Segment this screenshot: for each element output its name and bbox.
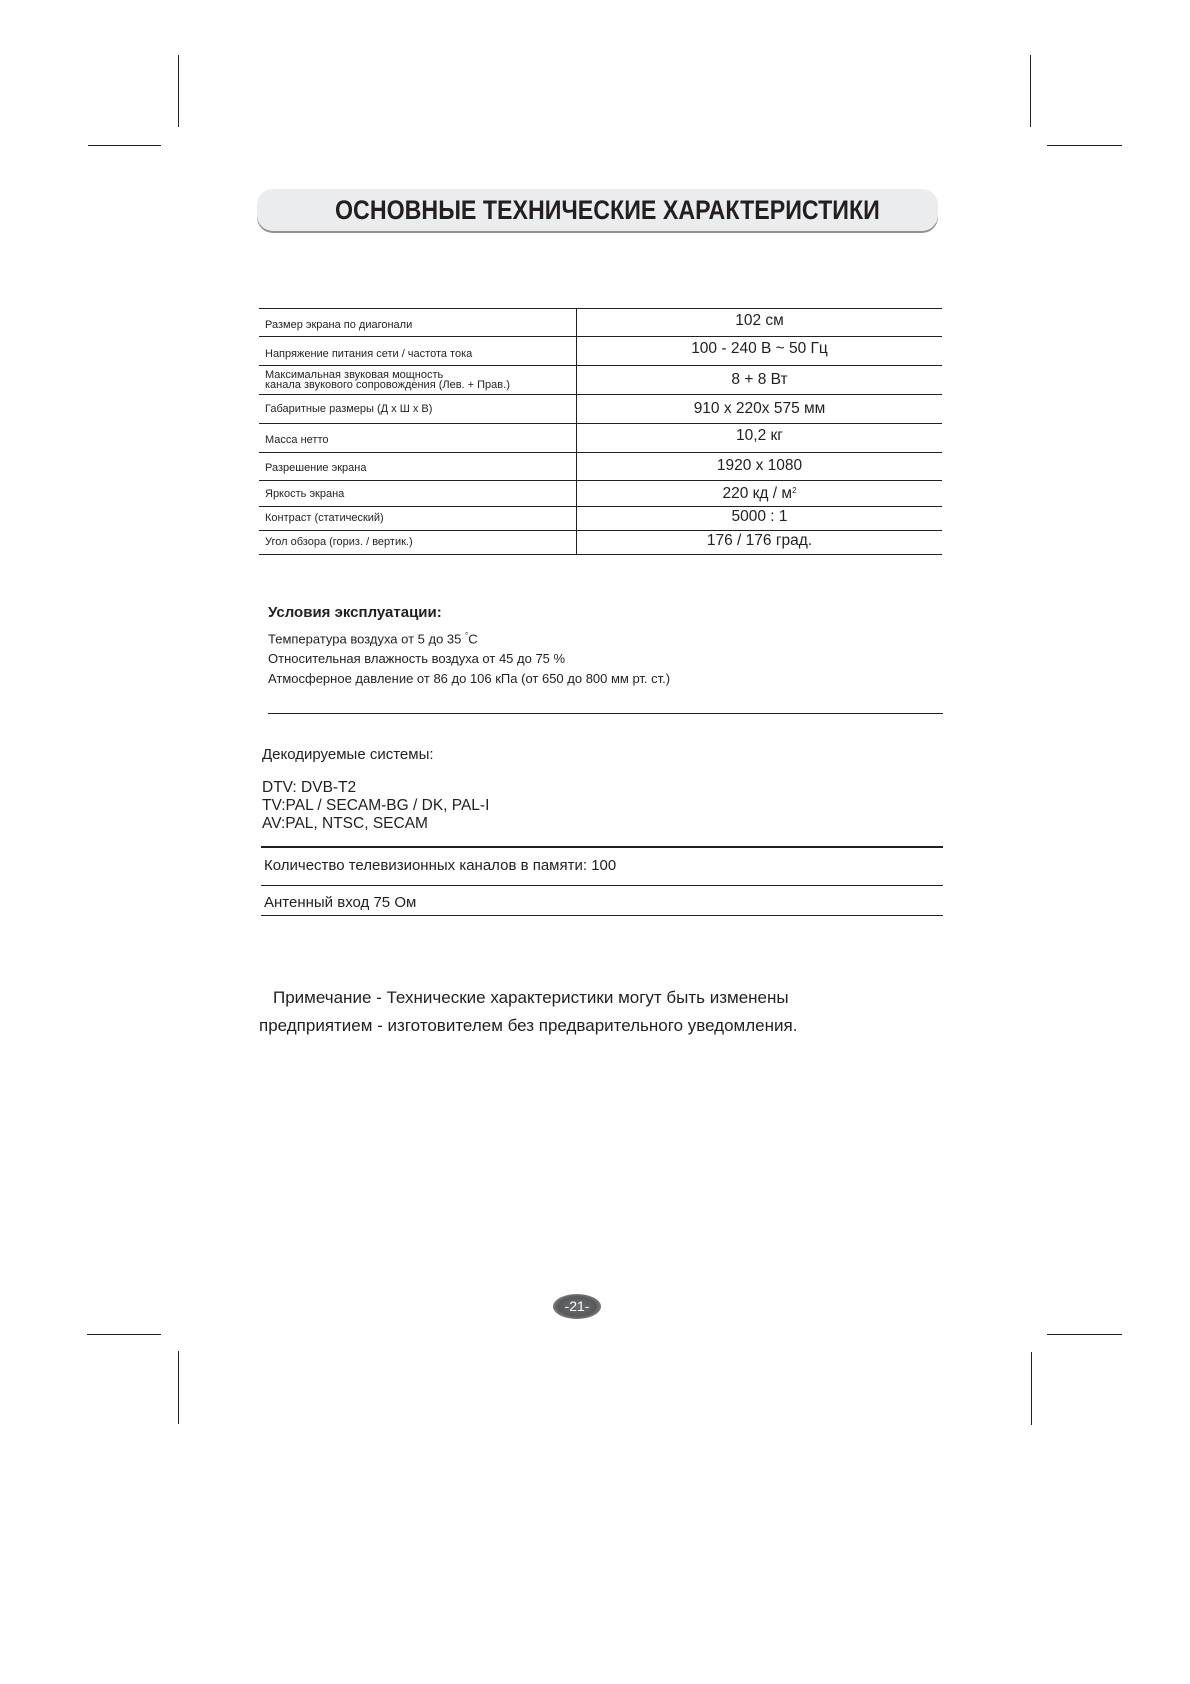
condition-humidity: Относительная влажность воздуха от 45 до… bbox=[268, 649, 670, 669]
system-item: DTV: DVB-T2 bbox=[262, 779, 489, 797]
crop-mark bbox=[178, 1351, 179, 1424]
spec-label: Угол обзора (гориз. / вертик.) bbox=[259, 531, 577, 554]
divider bbox=[261, 885, 943, 886]
note-line: Примечание - Технические характеристики … bbox=[259, 984, 797, 1012]
spec-label: Габаритные размеры (Д х Ш х В) bbox=[259, 395, 577, 423]
spec-label: Разрешение экрана bbox=[259, 453, 577, 480]
spec-value: 910 х 220х 575 мм bbox=[577, 395, 942, 423]
channel-count: Количество телевизионных каналов в памят… bbox=[264, 857, 616, 874]
table-row: Яркость экрана 220 кд / м2 bbox=[259, 481, 942, 507]
spec-value: 5000 : 1 bbox=[577, 507, 942, 530]
crop-mark bbox=[87, 1334, 161, 1335]
crop-mark bbox=[1030, 55, 1031, 127]
spec-value: 10,2 кг bbox=[577, 424, 942, 452]
crop-mark bbox=[1031, 1352, 1032, 1425]
spec-value: 1920 х 1080 bbox=[577, 453, 942, 480]
crop-mark bbox=[1047, 145, 1122, 146]
divider bbox=[261, 846, 943, 848]
section-heading: Условия эксплуатации: bbox=[268, 604, 670, 621]
spec-value: 176 / 176 град. bbox=[577, 531, 942, 554]
table-row: Масса нетто 10,2 кг bbox=[259, 424, 942, 453]
condition-temperature: Температура воздуха от 5 до 35 °С bbox=[268, 626, 670, 649]
page-title: ОСНОВНЫЕ ТЕХНИЧЕСКИЕ ХАРАКТЕРИСТИКИ bbox=[335, 195, 880, 226]
table-row: Максимальная звуковая мощность канала зв… bbox=[259, 366, 942, 395]
disclaimer-note: Примечание - Технические характеристики … bbox=[259, 984, 797, 1040]
table-row: Напряжение питания сети / частота тока 1… bbox=[259, 337, 942, 366]
divider bbox=[261, 915, 943, 916]
note-line: предприятием - изготовителем без предвар… bbox=[259, 1012, 797, 1040]
table-row: Контраст (статический) 5000 : 1 bbox=[259, 507, 942, 531]
spec-label-line2: канала звукового сопровождения (Лев. + П… bbox=[265, 380, 510, 390]
section-heading: Декодируемые системы: bbox=[262, 746, 434, 763]
condition-text: Температура воздуха от 5 до 35 bbox=[268, 631, 465, 646]
spec-label: Размер экрана по диагонали bbox=[259, 309, 577, 336]
spec-label: Контраст (статический) bbox=[259, 507, 577, 530]
spec-value: 100 - 240 В ~ 50 Гц bbox=[577, 337, 942, 365]
superscript: 2 bbox=[792, 486, 796, 495]
spec-label: Максимальная звуковая мощность канала зв… bbox=[259, 366, 577, 394]
divider bbox=[268, 713, 943, 714]
title-banner: ОСНОВНЫЕ ТЕХНИЧЕСКИЕ ХАРАКТЕРИСТИКИ bbox=[257, 189, 938, 231]
unit-text: С bbox=[468, 631, 477, 646]
table-row: Угол обзора (гориз. / вертик.) 176 / 176… bbox=[259, 531, 942, 555]
table-row: Разрешение экрана 1920 х 1080 bbox=[259, 453, 942, 481]
crop-mark bbox=[178, 55, 179, 127]
system-item: TV:PAL / SECAM-BG / DK, PAL-I bbox=[262, 797, 489, 815]
crop-mark bbox=[88, 145, 161, 146]
spec-label: Яркость экрана bbox=[259, 481, 577, 506]
antenna-input: Антенный вход 75 Ом bbox=[264, 894, 416, 911]
spec-label: Масса нетто bbox=[259, 424, 577, 452]
spec-value: 102 см bbox=[577, 309, 942, 336]
page-number: -21- bbox=[553, 1294, 601, 1319]
decoding-systems-list: DTV: DVB-T2 TV:PAL / SECAM-BG / DK, PAL-… bbox=[262, 779, 489, 833]
system-item: AV:PAL, NTSC, SECAM bbox=[262, 815, 489, 833]
spec-value-text: 220 кд / м bbox=[722, 485, 792, 503]
spec-label: Напряжение питания сети / частота тока bbox=[259, 337, 577, 365]
spec-value: 8 + 8 Вт bbox=[577, 366, 942, 394]
spec-value: 220 кд / м2 bbox=[577, 481, 942, 506]
table-row: Габаритные размеры (Д х Ш х В) 910 х 220… bbox=[259, 395, 942, 424]
condition-pressure: Атмосферное давление от 86 до 106 кПа (о… bbox=[268, 669, 670, 689]
operating-conditions: Условия эксплуатации: Температура воздух… bbox=[268, 604, 670, 689]
table-row: Размер экрана по диагонали 102 см bbox=[259, 309, 942, 337]
crop-mark bbox=[1047, 1334, 1122, 1335]
specifications-table: Размер экрана по диагонали 102 см Напряж… bbox=[259, 308, 942, 555]
